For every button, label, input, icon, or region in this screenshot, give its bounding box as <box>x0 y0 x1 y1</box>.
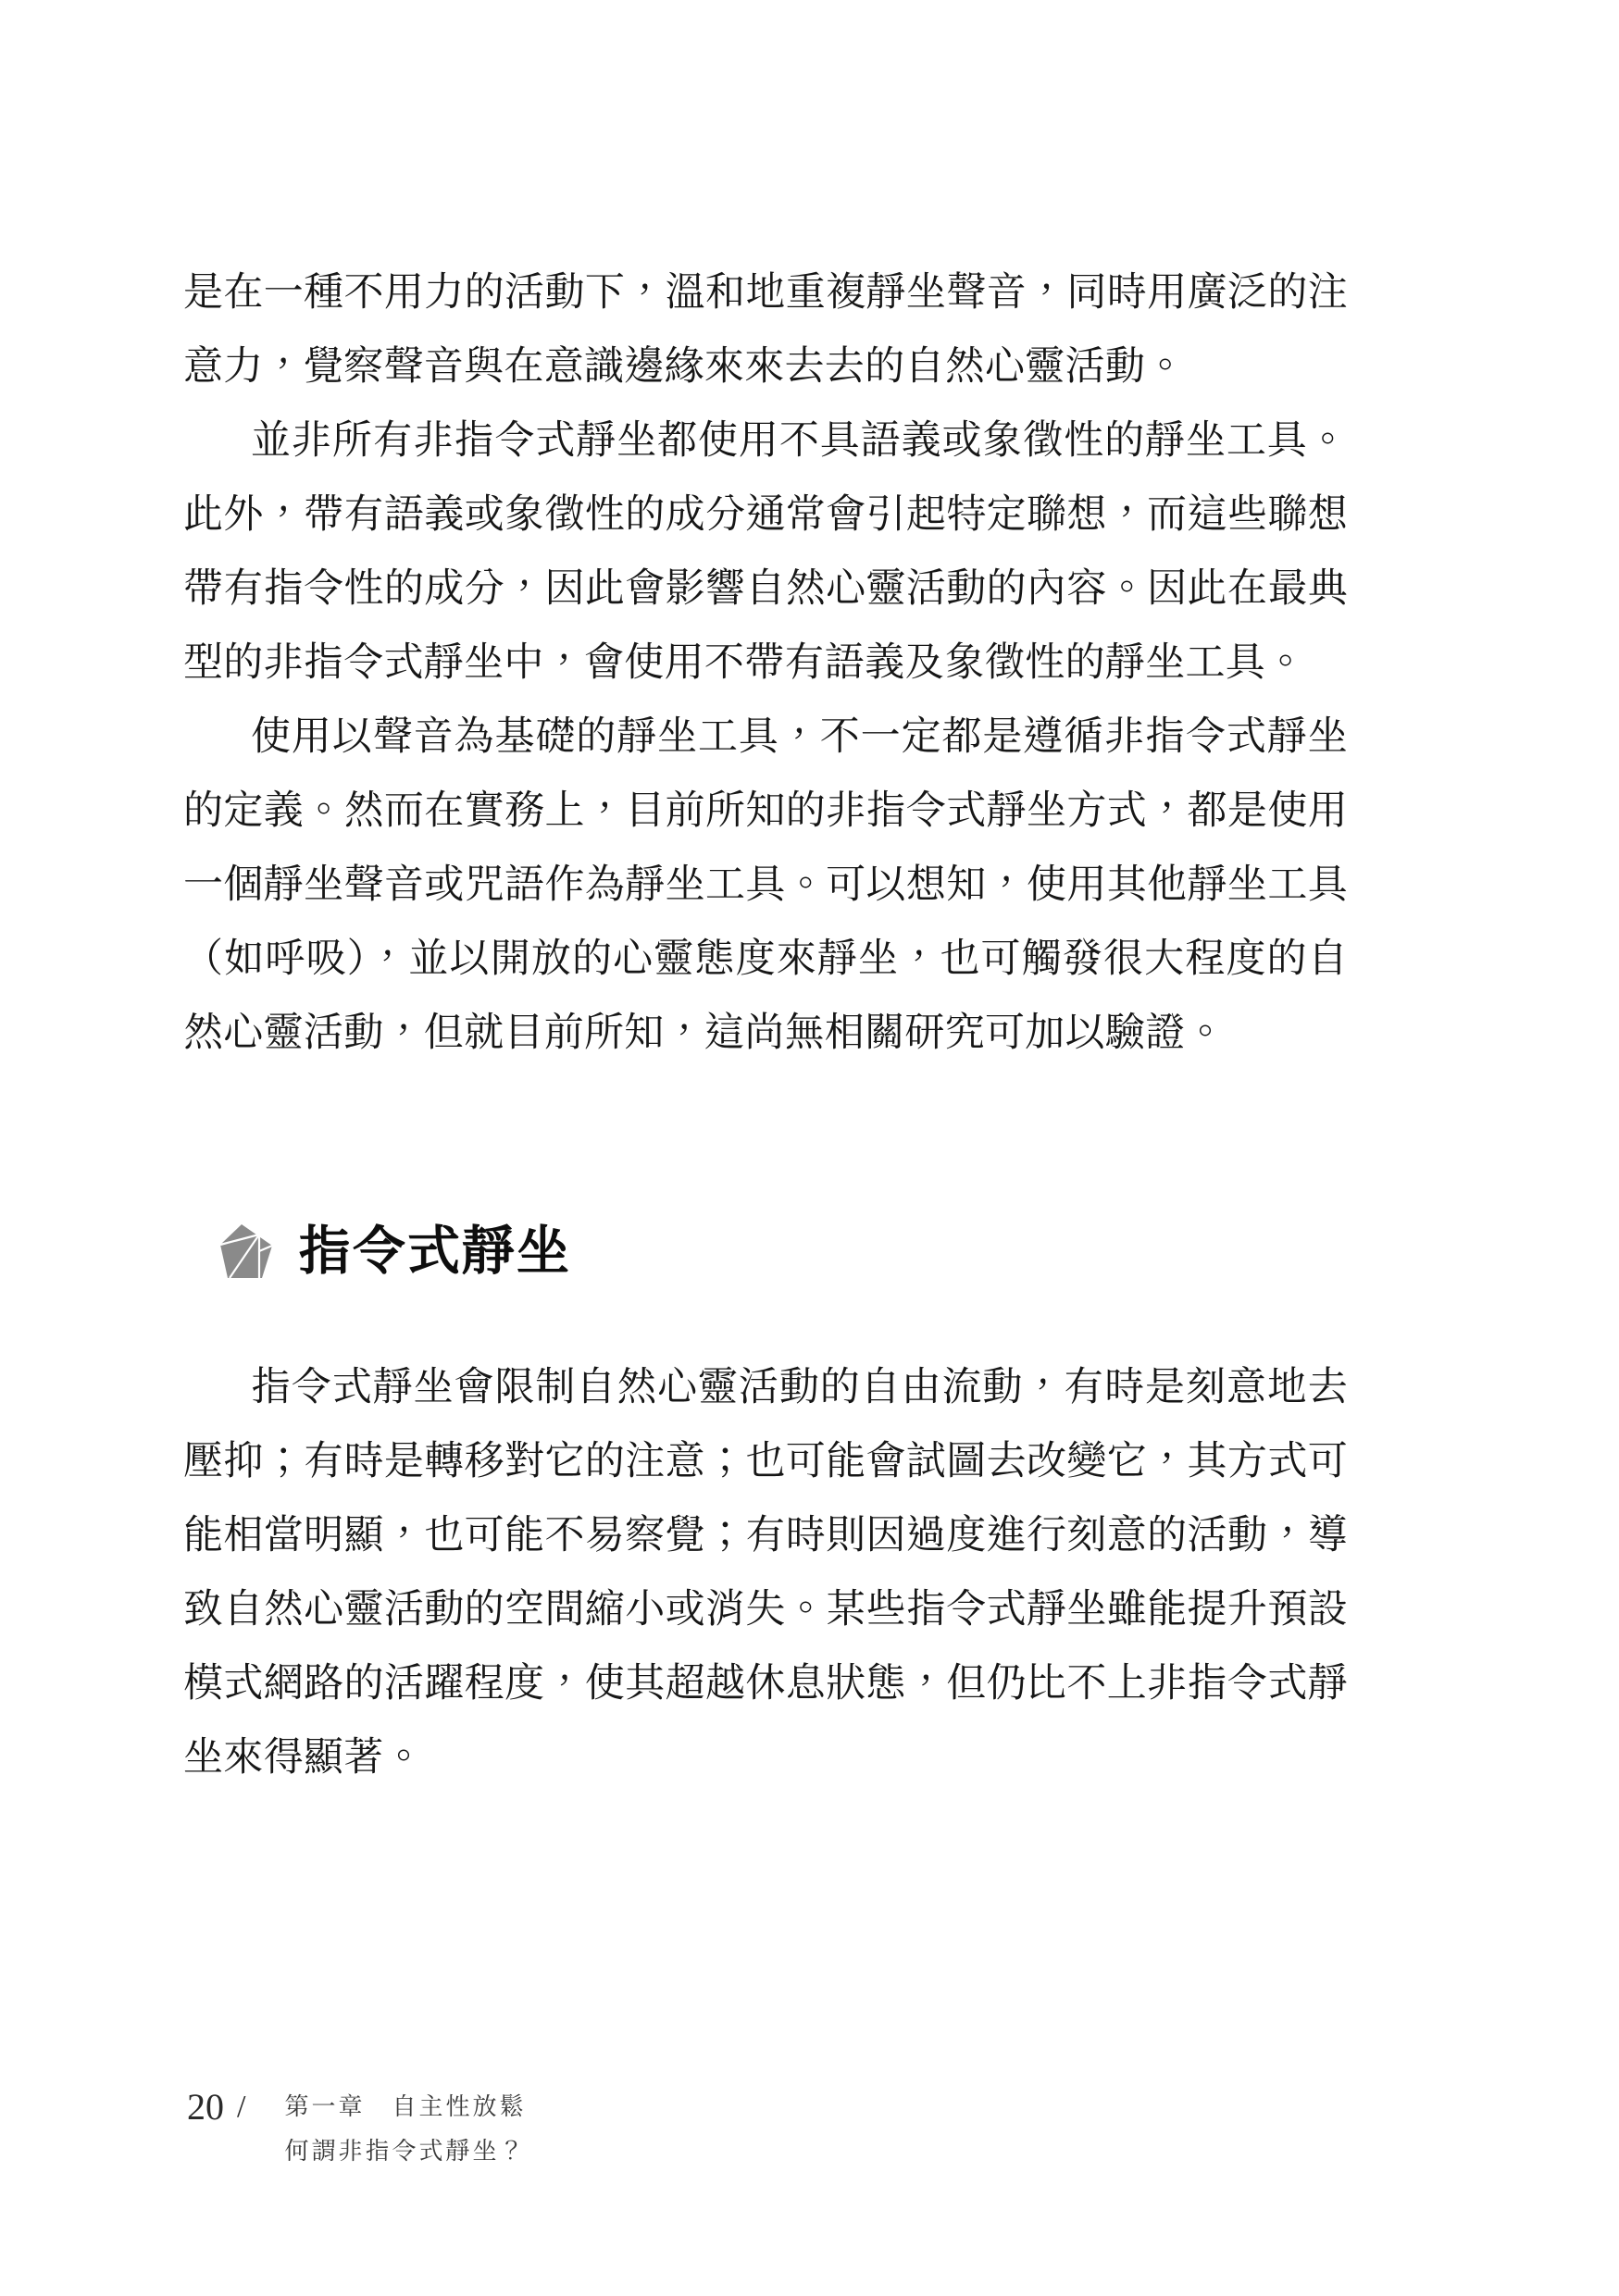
body-text-block: 是在一種不用力的活動下，溫和地重複靜坐聲音，同時用廣泛的注 意力，覺察聲音與在意… <box>183 256 1348 1071</box>
text-line: 此外，帶有語義或象徵性的成分通常會引起特定聯想，而這些聯想 <box>183 478 1348 552</box>
text-line: 模式網路的活躍程度，使其超越休息狀態，但仍比不上非指令式靜 <box>183 1647 1348 1721</box>
text-line: 壓抑；有時是轉移對它的注意；也可能會試圖去改變它，其方式可 <box>183 1425 1348 1499</box>
text-line: 的定義。然而在實務上，目前所知的非指令式靜坐方式，都是使用 <box>183 775 1348 849</box>
book-page: 是在一種不用力的活動下，溫和地重複靜坐聲音，同時用廣泛的注 意力，覺察聲音與在意… <box>0 0 1619 2296</box>
text-line: 並非所有非指令式靜坐都使用不具語義或象徵性的靜坐工具。 <box>183 404 1348 478</box>
text-line: 能相當明顯，也可能不易察覺；有時則因過度進行刻意的活動，導 <box>183 1499 1348 1573</box>
footer-chapter: 第一章 自主性放鬆 <box>284 2084 526 2128</box>
text-line: 帶有指令性的成分，因此會影響自然心靈活動的內容。因此在最典 <box>183 552 1348 627</box>
text-line: 坐來得顯著。 <box>183 1721 1348 1795</box>
section-title: 指令式靜坐 <box>298 1221 571 1282</box>
section-heading: 指令式靜坐 <box>183 1218 571 1285</box>
text-line: 致自然心靈活動的空間縮小或消失。某些指令式靜坐雖能提升預設 <box>183 1573 1348 1647</box>
text-line: 意力，覺察聲音與在意識邊緣來來去去的自然心靈活動。 <box>183 330 1348 404</box>
text-line: （如呼吸），並以開放的心靈態度來靜坐，也可觸發很大程度的自 <box>183 923 1348 997</box>
text-line: 型的非指令式靜坐中，會使用不帶有語義及象徵性的靜坐工具。 <box>183 627 1348 701</box>
text-line: 指令式靜坐會限制自然心靈活動的自由流動，有時是刻意地去 <box>183 1351 1348 1425</box>
text-line: 一個靜坐聲音或咒語作為靜坐工具。可以想知，使用其他靜坐工具 <box>183 849 1348 923</box>
text-line: 是在一種不用力的活動下，溫和地重複靜坐聲音，同時用廣泛的注 <box>183 256 1348 330</box>
gem-icon <box>218 1222 274 1280</box>
body-text-block: 指令式靜坐會限制自然心靈活動的自由流動，有時是刻意地去 壓抑；有時是轉移對它的注… <box>183 1351 1348 1795</box>
footer-subtitle: 何謂非指令式靜坐？ <box>284 2128 526 2173</box>
footer-chapter-block: 第一章 自主性放鬆 何謂非指令式靜坐？ <box>284 2084 526 2173</box>
text-line: 然心靈活動，但就目前所知，這尚無相關研究可加以驗證。 <box>183 997 1348 1071</box>
page-footer: 20 / 第一章 自主性放鬆 何謂非指令式靜坐？ <box>187 2084 526 2173</box>
page-number: 20 <box>187 2084 224 2130</box>
footer-separator: / <box>237 2084 245 2130</box>
text-line: 使用以聲音為基礎的靜坐工具，不一定都是遵循非指令式靜坐 <box>183 701 1348 775</box>
